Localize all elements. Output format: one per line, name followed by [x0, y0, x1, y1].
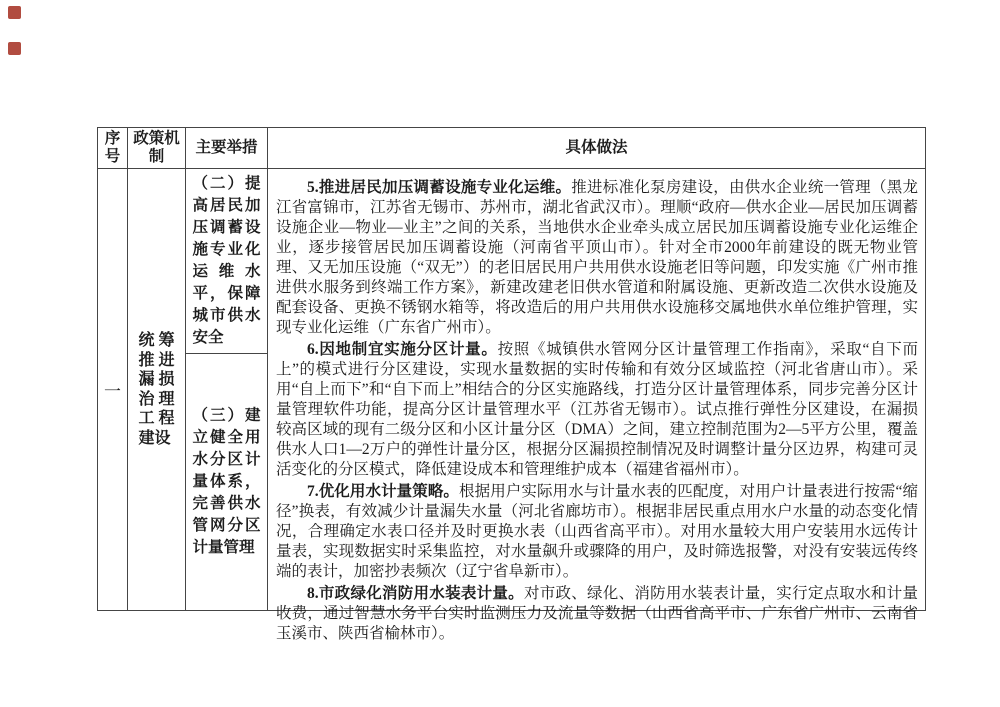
practice-6-heading: 6.因地制宜实施分区计量。 [307, 341, 498, 358]
practice-7-heading: 7.优化用水计量策略。 [307, 483, 459, 500]
practice-6-body: 按照《城镇供水管网分区计量管理工作指南》，采取“自下而上”的模式进行分区建设，实… [276, 341, 918, 478]
practice-5-heading: 5.推进居民加压调蓄设施专业化运维。 [307, 179, 571, 196]
main-measures-column: （二）提高居民加压调蓄设施专业化运维水平，保障城市供水安全 （三）建立健全用水分… [186, 169, 268, 610]
red-annotation-mark [8, 42, 21, 55]
document-page: 序号 政策机制 主要举措 具体做法 一 统筹推进漏损治理工程建设 （二）提高居民… [0, 0, 1000, 707]
specific-practices-cell: 5.推进居民加压调蓄设施专业化运维。推进标准化泵房建设，由供水企业统一管理（黑龙… [268, 169, 925, 610]
policy-table: 序号 政策机制 主要举措 具体做法 一 统筹推进漏损治理工程建设 （二）提高居民… [97, 127, 926, 611]
measure-2-text: （二）提高居民加压调蓄设施专业化运维水平，保障城市供水安全 [193, 173, 261, 349]
header-main-measures: 主要举措 [186, 128, 268, 168]
practice-paragraph-8: 8.市政绿化消防用水装表计量。对市政、绿化、消防用水装表计量，实行定点取水和计量… [276, 584, 918, 644]
measure-cell-2: （二）提高居民加压调蓄设施专业化运维水平，保障城市供水安全 [186, 169, 267, 354]
header-policy-mechanism: 政策机制 [128, 128, 186, 168]
practice-paragraph-5: 5.推进居民加压调蓄设施专业化运维。推进标准化泵房建设，由供水企业统一管理（黑龙… [276, 178, 918, 338]
header-serial-number: 序号 [98, 128, 128, 168]
red-annotation-mark [8, 6, 21, 19]
practice-5-body: 推进标准化泵房建设，由供水企业统一管理（黑龙江省富锦市，江苏省无锡市、苏州市，湖… [276, 179, 918, 336]
practice-8-heading: 8.市政绿化消防用水装表计量。 [307, 585, 524, 602]
serial-number-cell: 一 [98, 169, 128, 610]
practice-paragraph-6: 6.因地制宜实施分区计量。按照《城镇供水管网分区计量管理工作指南》，采取“自下而… [276, 340, 918, 480]
practice-paragraph-7: 7.优化用水计量策略。根据用户实际用水与计量水表的匹配度，对用户计量表进行按需“… [276, 482, 918, 582]
measure-3-text: （三）建立健全用水分区计量体系，完善供水管网分区计量管理 [193, 405, 261, 559]
measure-cell-3: （三）建立健全用水分区计量体系，完善供水管网分区计量管理 [186, 354, 267, 610]
header-specific-practices: 具体做法 [268, 128, 925, 168]
table-header-row: 序号 政策机制 主要举措 具体做法 [98, 128, 925, 169]
policy-mechanism-text: 统筹推进漏损治理工程建设 [139, 331, 175, 448]
policy-mechanism-cell: 统筹推进漏损治理工程建设 [128, 169, 186, 610]
table-body-row: 一 统筹推进漏损治理工程建设 （二）提高居民加压调蓄设施专业化运维水平，保障城市… [98, 169, 925, 610]
